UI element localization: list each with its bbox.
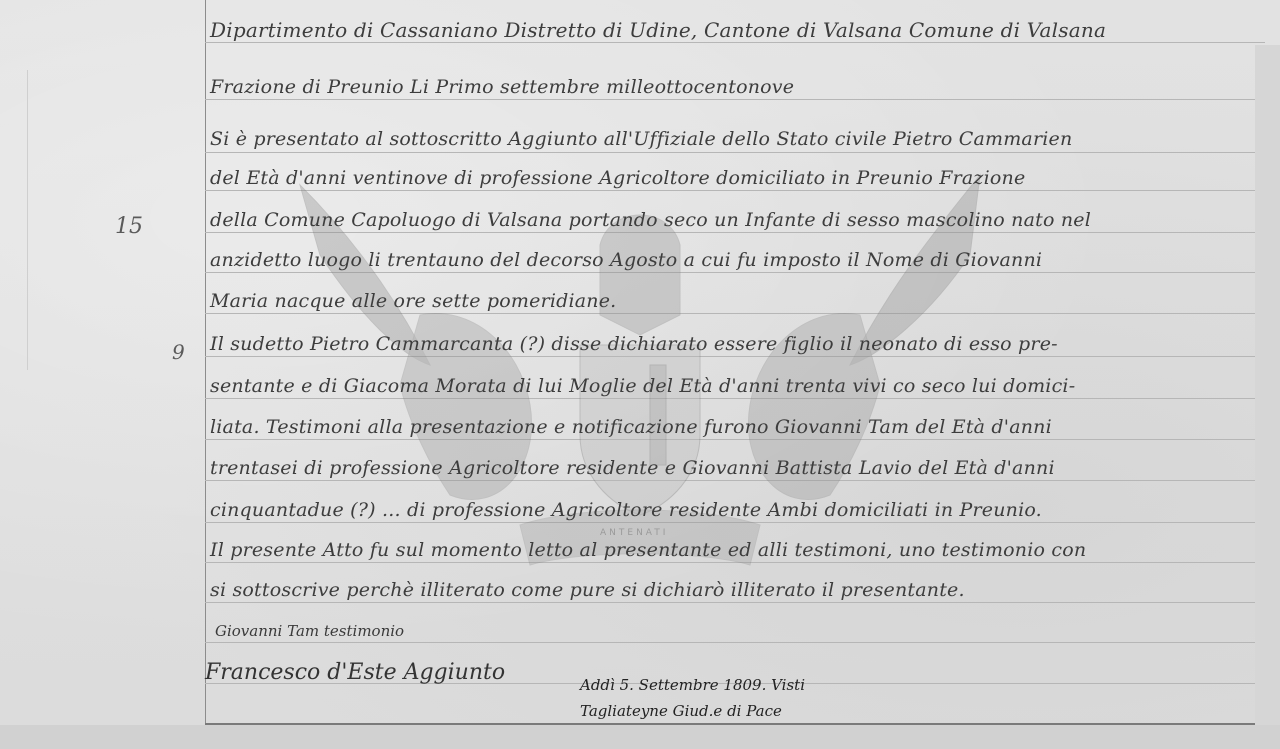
ruled-line <box>205 152 1265 153</box>
visa-date-line: Addì 5. Settembre 1809. Visti <box>580 672 805 698</box>
ruled-line <box>205 522 1265 523</box>
witness-signature: Giovanni Tam testimonio <box>215 622 404 640</box>
text-line-12: cinquantadue (?) ... di professione Agri… <box>210 499 1042 521</box>
text-line-14: si sottoscrive perchè illiterato come pu… <box>210 579 965 601</box>
text-line-1: Dipartimento di Cassaniano Distretto di … <box>210 18 1106 42</box>
margin-entry-number: 15 <box>115 214 143 239</box>
text-line-5: della Comune Capoluogo di Valsana portan… <box>210 209 1091 231</box>
visa-judge-line: Tagliateyne Giud.e di Pace <box>580 698 805 724</box>
watermark-banner-text: ANTENATI <box>600 528 668 538</box>
ruled-line <box>205 232 1265 233</box>
page-edge <box>1255 45 1280 725</box>
ruled-line <box>205 562 1265 563</box>
text-line-2: Frazione di Preunio Li Primo settembre m… <box>210 76 794 98</box>
margin-rule <box>205 0 206 725</box>
text-line-6: anzidetto luogo li trentauno del decorso… <box>210 249 1042 271</box>
ruled-line <box>205 190 1265 191</box>
ruled-line <box>205 272 1265 273</box>
text-line-13: Il presente Atto fu sul momento letto al… <box>210 539 1086 561</box>
faint-column-rule <box>27 70 28 370</box>
scan-border <box>0 725 1280 749</box>
text-line-11: trentasei di professione Agricoltore res… <box>210 457 1055 479</box>
text-line-3: Si è presentato al sottoscritto Aggiunto… <box>210 128 1072 150</box>
ruled-line <box>205 42 1265 43</box>
ruled-line <box>205 398 1265 399</box>
ruled-line <box>205 356 1265 357</box>
text-line-7: Maria nacque alle ore sette pomeridiane. <box>210 290 616 312</box>
ruled-line <box>205 480 1265 481</box>
text-line-9: sentante e di Giacoma Morata di lui Mogl… <box>210 375 1075 397</box>
register-page: ANTENATI 15 9 Dipartimento di Cassaniano… <box>0 0 1280 725</box>
ruled-line <box>205 313 1265 314</box>
ruled-line <box>205 439 1265 440</box>
judge-visa: Addì 5. Settembre 1809. Visti Tagliateyn… <box>580 672 805 724</box>
ruled-line <box>205 602 1265 603</box>
ruled-line <box>205 99 1265 100</box>
text-line-4: del Età d'anni ventinove di professione … <box>210 167 1025 189</box>
text-line-10: liata. Testimoni alla presentazione e no… <box>210 416 1052 438</box>
text-line-8: Il sudetto Pietro Cammarcanta (?) disse … <box>210 333 1058 355</box>
margin-mark: 9 <box>172 340 185 364</box>
ruled-line <box>205 642 1265 643</box>
officer-signature: Francesco d'Este Aggiunto <box>205 660 505 685</box>
